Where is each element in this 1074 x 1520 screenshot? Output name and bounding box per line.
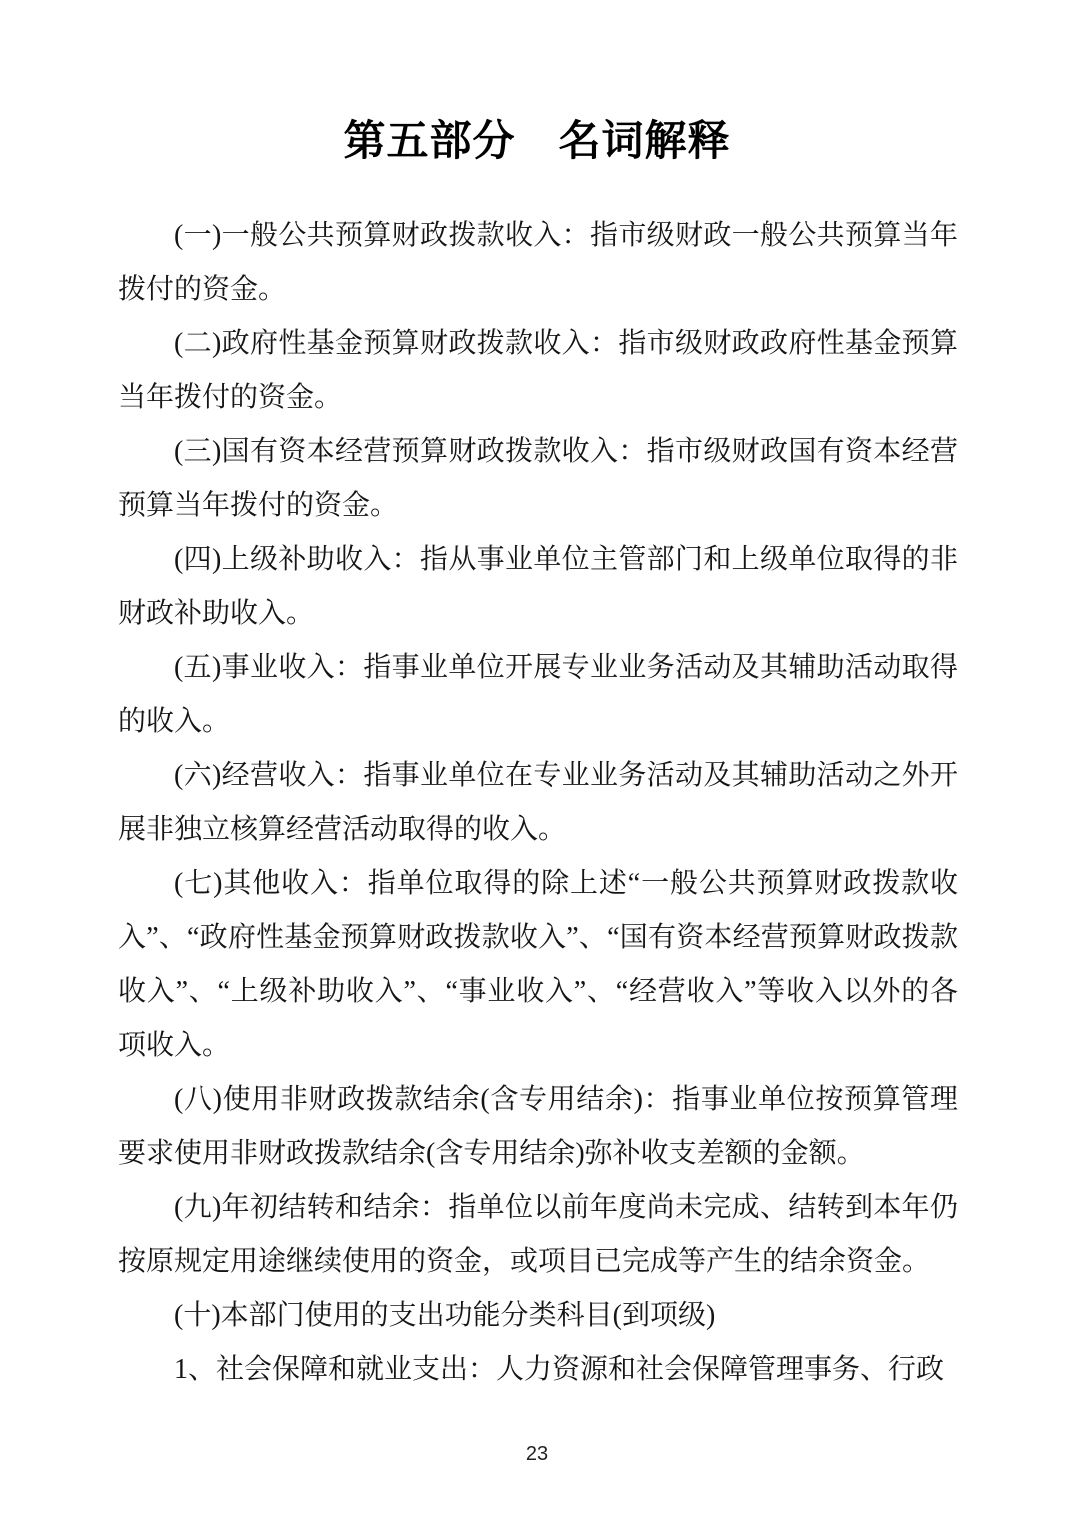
paragraph-term-4: (四)上级补助收入：指从事业单位主管部门和上级单位取得的非财政补助收入。	[118, 533, 958, 641]
paragraph-term-8: (八)使用非财政拨款结余(含专用结余)：指事业单位按预算管理要求使用非财政拨款结…	[118, 1073, 958, 1181]
paragraph-term-6: (六)经营收入：指事业单位在专业业务活动及其辅助活动之外开展非独立核算经营活动取…	[118, 749, 958, 857]
paragraph-term-3: (三)国有资本经营预算财政拨款收入：指市级财政国有资本经营预算当年拨付的资金。	[118, 425, 958, 533]
paragraph-term-10: (十)本部门使用的支出功能分类科目(到项级)	[118, 1289, 958, 1343]
document-body: (一)一般公共预算财政拨款收入：指市级财政一般公共预算当年拨付的资金。 (二)政…	[118, 209, 958, 1397]
paragraph-term-1: (一)一般公共预算财政拨款收入：指市级财政一般公共预算当年拨付的资金。	[118, 209, 958, 317]
paragraph-term-9: (九)年初结转和结余：指单位以前年度尚未完成、结转到本年仍按原规定用途继续使用的…	[118, 1181, 958, 1289]
document-page: 第五部分 名词解释 (一)一般公共预算财政拨款收入：指市级财政一般公共预算当年拨…	[0, 0, 1074, 1520]
page-title: 第五部分 名词解释	[0, 112, 1074, 170]
page-number: 23	[0, 1442, 1074, 1466]
paragraph-term-5: (五)事业收入：指事业单位开展专业业务活动及其辅助活动取得的收入。	[118, 641, 958, 749]
paragraph-term-7: (七)其他收入：指单位取得的除上述“一般公共预算财政拨款收入”、“政府性基金预算…	[118, 857, 958, 1073]
paragraph-term-2: (二)政府性基金预算财政拨款收入：指市级财政政府性基金预算当年拨付的资金。	[118, 317, 958, 425]
paragraph-list-item-1: 1、社会保障和就业支出：人力资源和社会保障管理事务、行政	[118, 1343, 958, 1397]
